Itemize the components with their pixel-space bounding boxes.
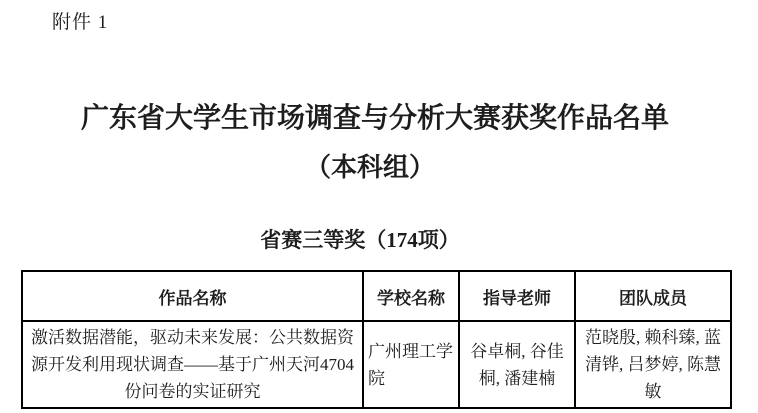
column-header-team-members: 团队成员: [575, 271, 731, 321]
cell-advisors: 谷卓桐, 谷佳桐, 潘建楠: [459, 321, 575, 408]
table-header-row: 作品名称 学校名称 指导老师 团队成员: [22, 271, 731, 321]
column-header-work-title: 作品名称: [22, 271, 363, 321]
attachment-label: 附件 1: [52, 11, 108, 35]
award-section-heading: 省赛三等奖（174项）: [0, 226, 720, 254]
cell-work-title: 激活数据潜能，驱动未来发展：公共数据资源开发利用现状调查——基于广州天河4704…: [22, 321, 363, 408]
cell-team-members: 范晓殷, 赖科臻, 蓝清铧, 吕梦婷, 陈慧敏: [575, 321, 731, 408]
cell-school-name: 广州理工学院: [363, 321, 459, 408]
awards-table: 作品名称 学校名称 指导老师 团队成员 激活数据潜能，驱动未来发展：公共数据资源…: [21, 270, 732, 409]
document-title: 广东省大学生市场调查与分析大赛获奖作品名单: [0, 100, 750, 138]
document-page: 附件 1 广东省大学生市场调查与分析大赛获奖作品名单 （本科组） 省赛三等奖（1…: [0, 0, 758, 413]
column-header-school-name: 学校名称: [363, 271, 459, 321]
table-row: 激活数据潜能，驱动未来发展：公共数据资源开发利用现状调查——基于广州天河4704…: [22, 321, 731, 408]
column-header-advisors: 指导老师: [459, 271, 575, 321]
group-subtitle: （本科组）: [0, 151, 740, 185]
